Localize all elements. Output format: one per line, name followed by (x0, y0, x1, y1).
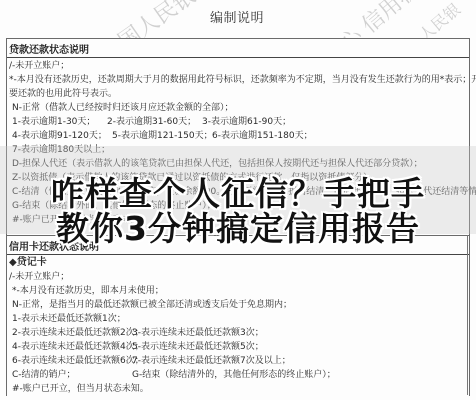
status-line: /-未开立账户； (9, 59, 469, 73)
status-item: 2-表示逾期31-60天； (107, 115, 202, 129)
status-line: *-本月没有还款历史，还款周期大于月的数据用此符号标识，还款频率为不定期，当月没… (9, 73, 469, 87)
status-pair-row: 2-表示连续未还最低还款额2次； 3-表示连续未还最低还款额3次； (9, 326, 469, 340)
status-item: 7-表示连续未还最低还款额7次及以上； (132, 354, 291, 368)
status-line: #-账户已开立，但当月状态未知。 (9, 382, 469, 396)
document-title: 编制说明 (210, 7, 264, 26)
status-pair-row: 6-表示连续未还最低还款额6次； 7-表示连续未还最低还款额7次及以上； (9, 354, 469, 368)
status-item: 2-表示连续未还最低还款额2次； (12, 326, 132, 340)
status-item: 6-表示连续未还最低还款额6次； (12, 354, 132, 368)
status-line: /-未开立账户； (9, 270, 469, 284)
status-line: 1-表示未还最低还款额1次； (9, 312, 469, 326)
status-item: 5-表示逾期121-150天； (112, 129, 212, 143)
section-header: 贷款还款状态说明 (7, 39, 469, 58)
credit-card-status-section: 信用卡还款状态说明 ◆贷记卡 /-未开立账户； *-本月没有还款历史，即本月未使… (6, 235, 470, 396)
card-type-subheader: ◆贷记卡 (9, 256, 469, 270)
status-item: C-结清的销户； (12, 368, 132, 382)
document-page: 中国人民银行 征信中心 信用状况使用 人民银 编制说明 贷款还款状态说明 /-未… (0, 0, 476, 400)
status-line: N-正常（借款人已经按时归还该月应还款金额的全部）； (9, 101, 469, 115)
status-line: N-正常，是指当月的最低还款额已被全部还清或透支后处于免息期内； (9, 298, 469, 312)
status-item: 6-表示逾期151-180天； (212, 129, 313, 143)
overdue-row: 4-表示逾期91-120天； 5-表示逾期121-150天； 6-表示逾期151… (9, 129, 469, 143)
status-item: 4-表示逾期91-120天； (12, 129, 112, 143)
headline-line-2: 教你3分钟搞定信用报告 (0, 203, 476, 250)
status-item: 1-表示逾期1-30天； (12, 115, 107, 129)
status-item: 3-表示逾期61-90天； (202, 115, 291, 129)
status-line: *-本月没有还款历史，即本月未使用； (9, 284, 469, 298)
status-item: 4-表示连续未还最低还款额4次； (12, 340, 132, 354)
status-pair-row: 4-表示连续未还最低还款额4次； 5-表示连续未还最低还款额5次； (9, 340, 469, 354)
status-item: 5-表示连续未还最低还款额5次； (132, 340, 264, 354)
status-item: 3-表示连续未还最低还款额3次； (132, 326, 264, 340)
status-line: 要还款的也用此符号表示。 (9, 87, 469, 101)
status-item: G-结束（除结清外的，其他任何形态的终止账户）； (132, 368, 336, 382)
overdue-row: 1-表示逾期1-30天； 2-表示逾期31-60天； 3-表示逾期61-90天； (9, 115, 469, 129)
box-border (467, 235, 468, 395)
status-pair-row: C-结清的销户； G-结束（除结清外的，其他任何形态的终止账户）； (9, 368, 469, 382)
